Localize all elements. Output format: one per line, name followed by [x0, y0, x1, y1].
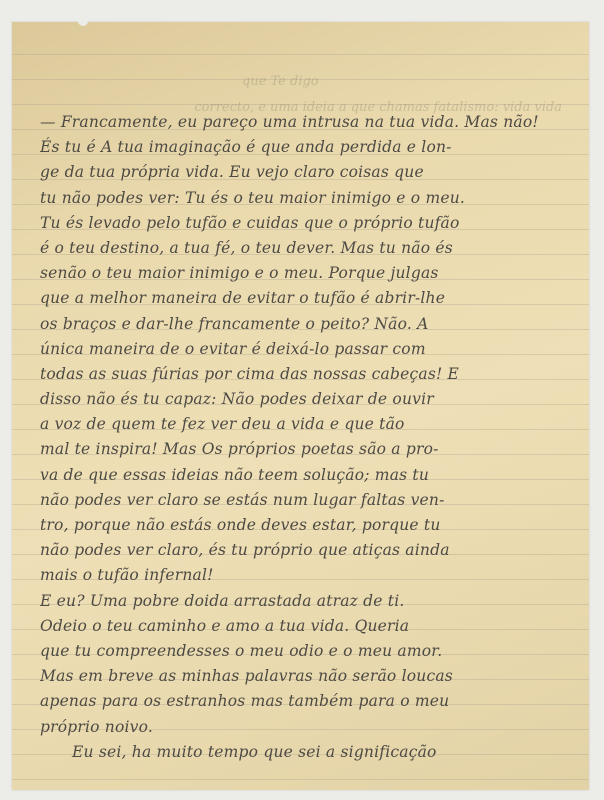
text-line: que a melhor maneira de evitar o tufão é…	[40, 286, 580, 311]
text-line: ge da tua própria vida. Eu vejo claro co…	[40, 160, 580, 185]
handwritten-text: — Francamente, eu pareço uma intrusa na …	[40, 110, 580, 765]
text-line: não podes ver claro, és tu próprio que a…	[40, 538, 580, 563]
text-line: E eu? Uma pobre doida arrastada atraz de…	[40, 589, 580, 614]
text-line: a voz de quem te fez ver deu a vida e qu…	[40, 412, 580, 437]
text-line: única maneira de o evitar é deixá-lo pas…	[40, 337, 580, 362]
text-line: mal te inspira! Mas Os próprios poetas s…	[40, 437, 580, 462]
text-line: És tu é A tua imaginação é que anda perd…	[40, 135, 580, 160]
text-line: Mas em breve as minhas palavras não serã…	[40, 664, 580, 689]
text-line: que tu compreendesses o meu odio e o meu…	[40, 639, 580, 664]
text-line: — Francamente, eu pareço uma intrusa na …	[40, 110, 580, 135]
text-line: senão o teu maior inimigo e o meu. Porqu…	[40, 261, 580, 286]
text-line: apenas para os estranhos mas também para…	[40, 689, 580, 714]
text-line: tro, porque não estás onde deves estar, …	[40, 513, 580, 538]
letter-page: que Te digo correcto, e uma ideia a que …	[12, 22, 589, 790]
paper-notch	[78, 20, 88, 26]
text-line: Eu sei, ha muito tempo que sei a signifi…	[40, 740, 580, 765]
text-line: va de que essas ideias não teem solução;…	[40, 463, 580, 488]
text-line: Tu és levado pelo tufão e cuidas que o p…	[40, 211, 580, 236]
text-line: todas as suas fúrias por cima das nossas…	[40, 362, 580, 387]
text-line: disso não és tu capaz: Não podes deixar …	[40, 387, 580, 412]
text-line: é o teu destino, a tua fé, o teu dever. …	[40, 236, 580, 261]
text-line: tu não podes ver: Tu és o teu maior inim…	[40, 186, 580, 211]
text-line: mais o tufão infernal!	[40, 563, 580, 588]
bleed-through-heading: que Te digo	[242, 74, 319, 89]
text-line: os braços e dar-lhe francamente o peito?…	[40, 312, 580, 337]
text-line: próprio noivo.	[40, 715, 580, 740]
text-line: não podes ver claro se estás num lugar f…	[40, 488, 580, 513]
text-line: Odeio o teu caminho e amo a tua vida. Qu…	[40, 614, 580, 639]
